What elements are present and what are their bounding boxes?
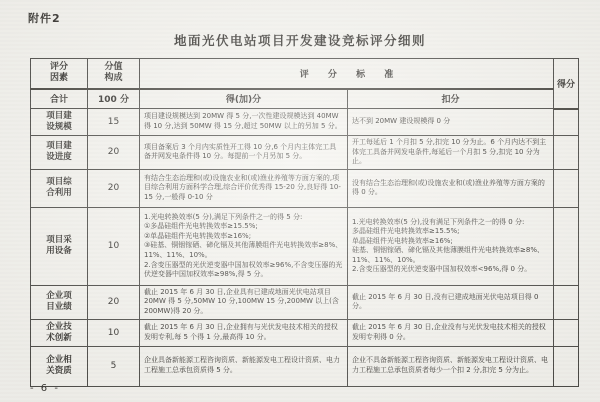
row-deduct-criteria: 达不到 20MW 建设规模得 0 分 bbox=[348, 109, 554, 136]
table-body: 项目建设规模 15 项目建设规模达到 20MW 得 5 分,一次性建设规模达到 … bbox=[31, 109, 579, 387]
header-criteria: 评 分 标 准 bbox=[140, 59, 554, 89]
row-score-value: 5 bbox=[88, 346, 140, 386]
row-deduct-criteria: 截止 2015 年 6 月 30 日,企业没有与光伏发电技术相关的授权发明专利得… bbox=[348, 319, 554, 346]
row-add-criteria: 企业具备新能源工程咨询资质、新能源发电工程设计资质、电力工程施工总承包资质得 5… bbox=[140, 346, 348, 386]
table-row: 项目建设进度 20 项目备案后 3 个月内实质性开工得 10 分,6 个月内主体… bbox=[31, 136, 579, 170]
row-score-value: 15 bbox=[88, 109, 140, 136]
row-result-cell bbox=[554, 109, 579, 136]
total-value: 100 分 bbox=[88, 89, 140, 109]
row-result-cell bbox=[554, 136, 579, 170]
row-add-criteria: 1.光电转换效率(5 分),满足下列条件之一的得 5 分: ①多晶硅组件光电转换… bbox=[140, 207, 348, 285]
document-page: 附件2 地面光伏电站项目开发建设竞标评分细则 评分因素 分值构成 评 分 标 准… bbox=[0, 0, 600, 402]
header-add-points: 得(加)分 bbox=[140, 89, 348, 109]
row-score-value: 20 bbox=[88, 285, 140, 319]
total-label: 合计 bbox=[31, 89, 88, 109]
row-factor: 项目建设规模 bbox=[31, 109, 88, 136]
attachment-label: 附件2 bbox=[28, 10, 61, 26]
row-factor: 企业相关资质 bbox=[31, 346, 88, 386]
row-deduct-criteria: 1.光电转换效率(5 分),没有满足下列条件之一的得 0 分: 多晶硅组件光电转… bbox=[348, 207, 554, 285]
row-deduct-criteria: 截止 2015 年 6 月 30 日,没有已建成地面光伏电站项目得 0 分。 bbox=[348, 285, 554, 319]
row-factor: 项目采用设备 bbox=[31, 207, 88, 285]
row-deduct-criteria: 企业不具备新能源工程咨询资质、新能源发电工程设计资质、电力工程施工总承包资质者每… bbox=[348, 346, 554, 386]
row-result-cell bbox=[554, 207, 579, 285]
header-result: 得分 bbox=[554, 59, 579, 109]
row-result-cell bbox=[554, 169, 579, 207]
table-row: 项目建设规模 15 项目建设规模达到 20MW 得 5 分,一次性建设规模达到 … bbox=[31, 109, 579, 136]
table-row: 企业技术创新 10 截止 2015 年 6 月 30 日,企业拥有与光伏发电技术… bbox=[31, 319, 579, 346]
row-factor: 项目综合利用 bbox=[31, 169, 88, 207]
row-add-criteria: 项目建设规模达到 20MW 得 5 分,一次性建设规模达到 40MW 得 10 … bbox=[140, 109, 348, 136]
table-row: 企业相关资质 5 企业具备新能源工程咨询资质、新能源发电工程设计资质、电力工程施… bbox=[31, 346, 579, 386]
header-row-1: 评分因素 分值构成 评 分 标 准 得分 bbox=[31, 59, 579, 89]
page-title: 地面光伏电站项目开发建设竞标评分细则 bbox=[0, 31, 600, 49]
row-deduct-criteria: 开工每延后 1 个月扣 5 分,扣完 10 分为止。6 个月内达不到主体完工具备… bbox=[348, 136, 554, 170]
row-score-value: 20 bbox=[88, 136, 140, 170]
row-result-cell bbox=[554, 285, 579, 319]
header-factor: 评分因素 bbox=[31, 59, 88, 89]
scoring-table: 评分因素 分值构成 评 分 标 准 得分 合计 100 分 得(加)分 扣分 项… bbox=[30, 58, 579, 387]
row-add-criteria: 截止 2015 年 6 月 30 日,企业拥有与光伏发电技术相关的授权发明专利,… bbox=[140, 319, 348, 346]
row-deduct-criteria: 没有结合生态治理和(或)设施农业和(或)渔业养殖等方面方案的得 0 分。 bbox=[348, 169, 554, 207]
row-result-cell bbox=[554, 319, 579, 346]
table-row: 企业项目业绩 20 截止 2015 年 6 月 30 日,企业具有已建成地面光伏… bbox=[31, 285, 579, 319]
table-row: 项目采用设备 10 1.光电转换效率(5 分),满足下列条件之一的得 5 分: … bbox=[31, 207, 579, 285]
header-score: 分值构成 bbox=[88, 59, 140, 89]
row-score-value: 10 bbox=[88, 207, 140, 285]
row-add-criteria: 项目备案后 3 个月内实质性开工得 10 分,6 个月内主体完工具备并网发电条件… bbox=[140, 136, 348, 170]
row-score-value: 10 bbox=[88, 319, 140, 346]
table-row: 项目综合利用 20 有结合生态治理和(或)设施农业和(或)渔业养殖等方面方案的,… bbox=[31, 169, 579, 207]
header-row-2: 合计 100 分 得(加)分 扣分 bbox=[31, 89, 579, 109]
table-header: 评分因素 分值构成 评 分 标 准 得分 合计 100 分 得(加)分 扣分 bbox=[31, 59, 579, 109]
row-add-criteria: 截止 2015 年 6 月 30 日,企业具有已建成地面光伏电站项目 20MW … bbox=[140, 285, 348, 319]
row-result-cell bbox=[554, 346, 579, 386]
header-deduct-points: 扣分 bbox=[348, 89, 554, 109]
page-number: - 6 - bbox=[30, 383, 60, 394]
row-add-criteria: 有结合生态治理和(或)设施农业和(或)渔业养殖等方面方案的,项目综合利用方面科学… bbox=[140, 169, 348, 207]
row-factor: 企业技术创新 bbox=[31, 319, 88, 346]
row-factor: 企业项目业绩 bbox=[31, 285, 88, 319]
row-score-value: 20 bbox=[88, 169, 140, 207]
row-factor: 项目建设进度 bbox=[31, 136, 88, 170]
